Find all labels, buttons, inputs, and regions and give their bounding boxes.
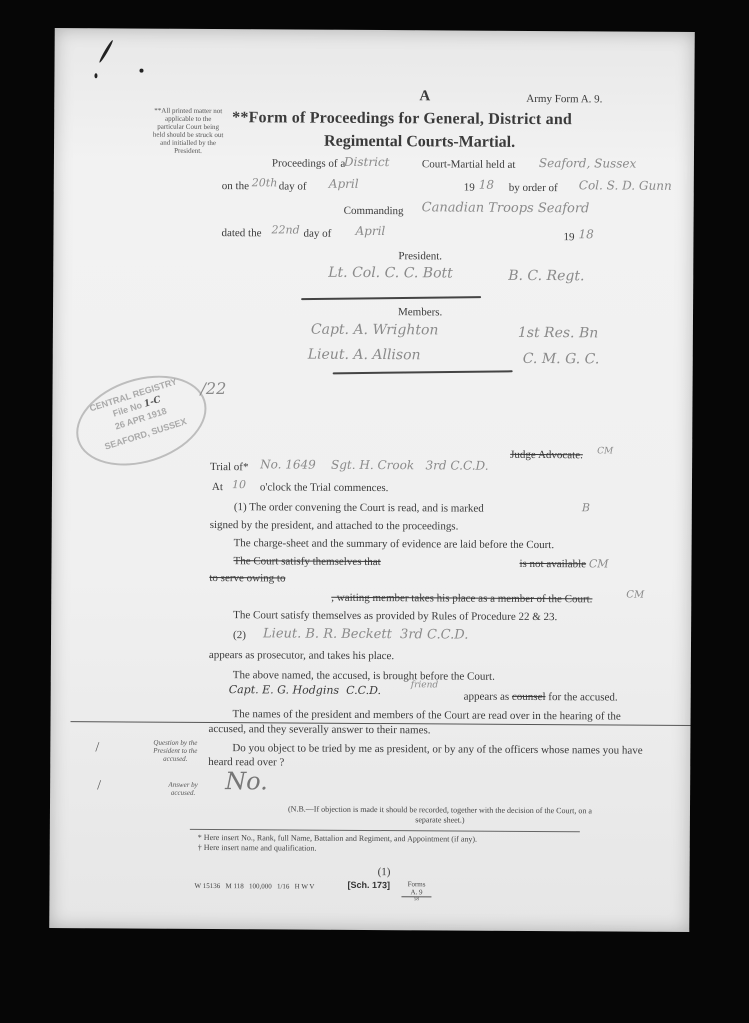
label-by-order-of: by order of — [509, 182, 558, 194]
forms-label: Forms — [402, 880, 432, 888]
exhibit-mark: B — [582, 501, 590, 514]
question-label: Question by the President to the accused… — [140, 739, 210, 763]
text: for the accused. — [548, 691, 617, 703]
para-struck: is not available — [519, 558, 586, 570]
registry-stamp: CENTRAL REGISTRY File No 1-C 26 APR 1918… — [65, 360, 218, 481]
member-name: Capt. A. Wrighton — [311, 322, 439, 339]
commanding-field: Canadian Troops Seaford — [422, 200, 590, 216]
label-dated-the: dated the — [221, 227, 261, 239]
margin-tick: / — [97, 778, 101, 794]
form-number: Army Form A. 9. — [526, 93, 602, 105]
day-field: 20th — [252, 176, 278, 189]
page-number: (1) — [378, 866, 391, 878]
ordered-by-field: Col. S. D. Gunn — [579, 178, 672, 193]
margin-note: **All printed matter not applicable to t… — [152, 107, 224, 155]
president-unit: B. C. Regt. — [508, 268, 584, 284]
president-name: Lt. Col. C. C. Bott — [328, 265, 453, 282]
footnote: † Here insert name and qualification. — [198, 843, 317, 853]
member-unit: 1st Res. Bn — [518, 325, 598, 341]
struck-text: counsel — [512, 691, 546, 703]
divider — [190, 829, 580, 832]
stamp-annotation: /22 — [200, 379, 226, 398]
form-letter: A — [419, 88, 430, 105]
accused-field: No. 1649 Sgt. H. Crook 3rd C.C.D. — [260, 457, 489, 472]
para-struck: The Court satisfy themselves that — [233, 555, 380, 568]
label-at: At — [212, 481, 223, 493]
month-field: April — [329, 177, 359, 191]
initials: CM — [626, 590, 644, 601]
hour-field: 10 — [232, 478, 246, 491]
member-name: Lieut. A. Allison — [308, 347, 421, 364]
year-prefix-2: 19 — [563, 231, 574, 243]
question-text: Do you object to be tried by me as presi… — [208, 741, 658, 772]
label-trial-of: Trial of* — [210, 461, 248, 473]
counsel-role: friend — [411, 680, 438, 690]
label-2: (2) — [233, 629, 246, 641]
label-commanding: Commanding — [344, 205, 404, 217]
members-label: Members. — [398, 306, 442, 318]
para-order-read: (1) The order convening the Court is rea… — [234, 501, 484, 515]
year-field: 18 — [479, 178, 494, 192]
counsel-field: Capt. E. G. Hodgins C.C.D. — [229, 683, 381, 697]
para-rules: The Court satisfy themselves as provided… — [233, 609, 557, 623]
struck-text: to serve owing to — [209, 572, 285, 584]
schedule-code: [Sch. 173] — [347, 880, 390, 890]
form-title-line2: Regimental Courts-Martial. — [324, 133, 515, 152]
prosecutor-field: Lieut. B. R. Beckett 3rd C.C.D. — [263, 626, 468, 642]
label-commences: o'clock the Trial commences. — [260, 481, 389, 494]
footnote: * Here insert No., Rank, full Name, Batt… — [198, 833, 477, 844]
forms-sub: 58 — [401, 897, 431, 902]
held-at-field: Seaford, Sussex — [539, 156, 636, 171]
initials: CM — [597, 446, 613, 456]
dated-year-field: 18 — [578, 227, 593, 241]
para-signed: signed by the president, and attached to… — [210, 519, 459, 533]
label-day-of: day of — [279, 180, 307, 192]
forms-code: Forms A. 9 58 — [401, 880, 431, 902]
margin-tick: / — [95, 740, 99, 756]
member-unit: C. M. G. C. — [523, 351, 600, 367]
label-on-the: on the — [222, 180, 249, 192]
para-struck: , waiting member takes his place as a me… — [331, 592, 592, 606]
initials: CM — [589, 557, 609, 570]
president-label: President. — [398, 250, 442, 262]
court-type-field: District — [344, 155, 390, 169]
document-page: A Army Form A. 9. **All printed matter n… — [49, 28, 694, 932]
para-charge-sheet: The charge-sheet and the summary of evid… — [234, 537, 555, 551]
judge-advocate-struck: Judge Advocate. — [510, 449, 583, 461]
para-prosecutor: appears as prosecutor, and takes his pla… — [209, 649, 394, 662]
ink-blot — [139, 69, 143, 73]
label-held-at: Court-Martial held at — [422, 158, 516, 171]
answer-field: No. — [225, 767, 268, 795]
text: appears as — [464, 691, 510, 703]
nb-note: (N.B.—If objection is made it should be … — [275, 804, 605, 826]
print-code: W 15136 M 118 100,000 1/16 H W V — [194, 882, 314, 891]
dated-month-field: April — [355, 224, 385, 238]
forms-num: A. 9 — [401, 888, 431, 897]
year-prefix: 19 — [464, 182, 475, 194]
label-proceedings-of: Proceedings of a — [272, 157, 345, 169]
para-accused-brought: The above named, the accused, is brought… — [233, 669, 495, 683]
label-day-of-2: day of — [303, 228, 331, 240]
form-title-line1: **Form of Proceedings for General, Distr… — [232, 109, 572, 129]
answer-label: Answer by accused. — [158, 781, 208, 797]
divider — [301, 296, 481, 300]
ink-blot — [94, 73, 97, 78]
ink-blot — [98, 39, 114, 63]
divider — [333, 370, 513, 374]
dated-day-field: 22nd — [271, 223, 299, 236]
